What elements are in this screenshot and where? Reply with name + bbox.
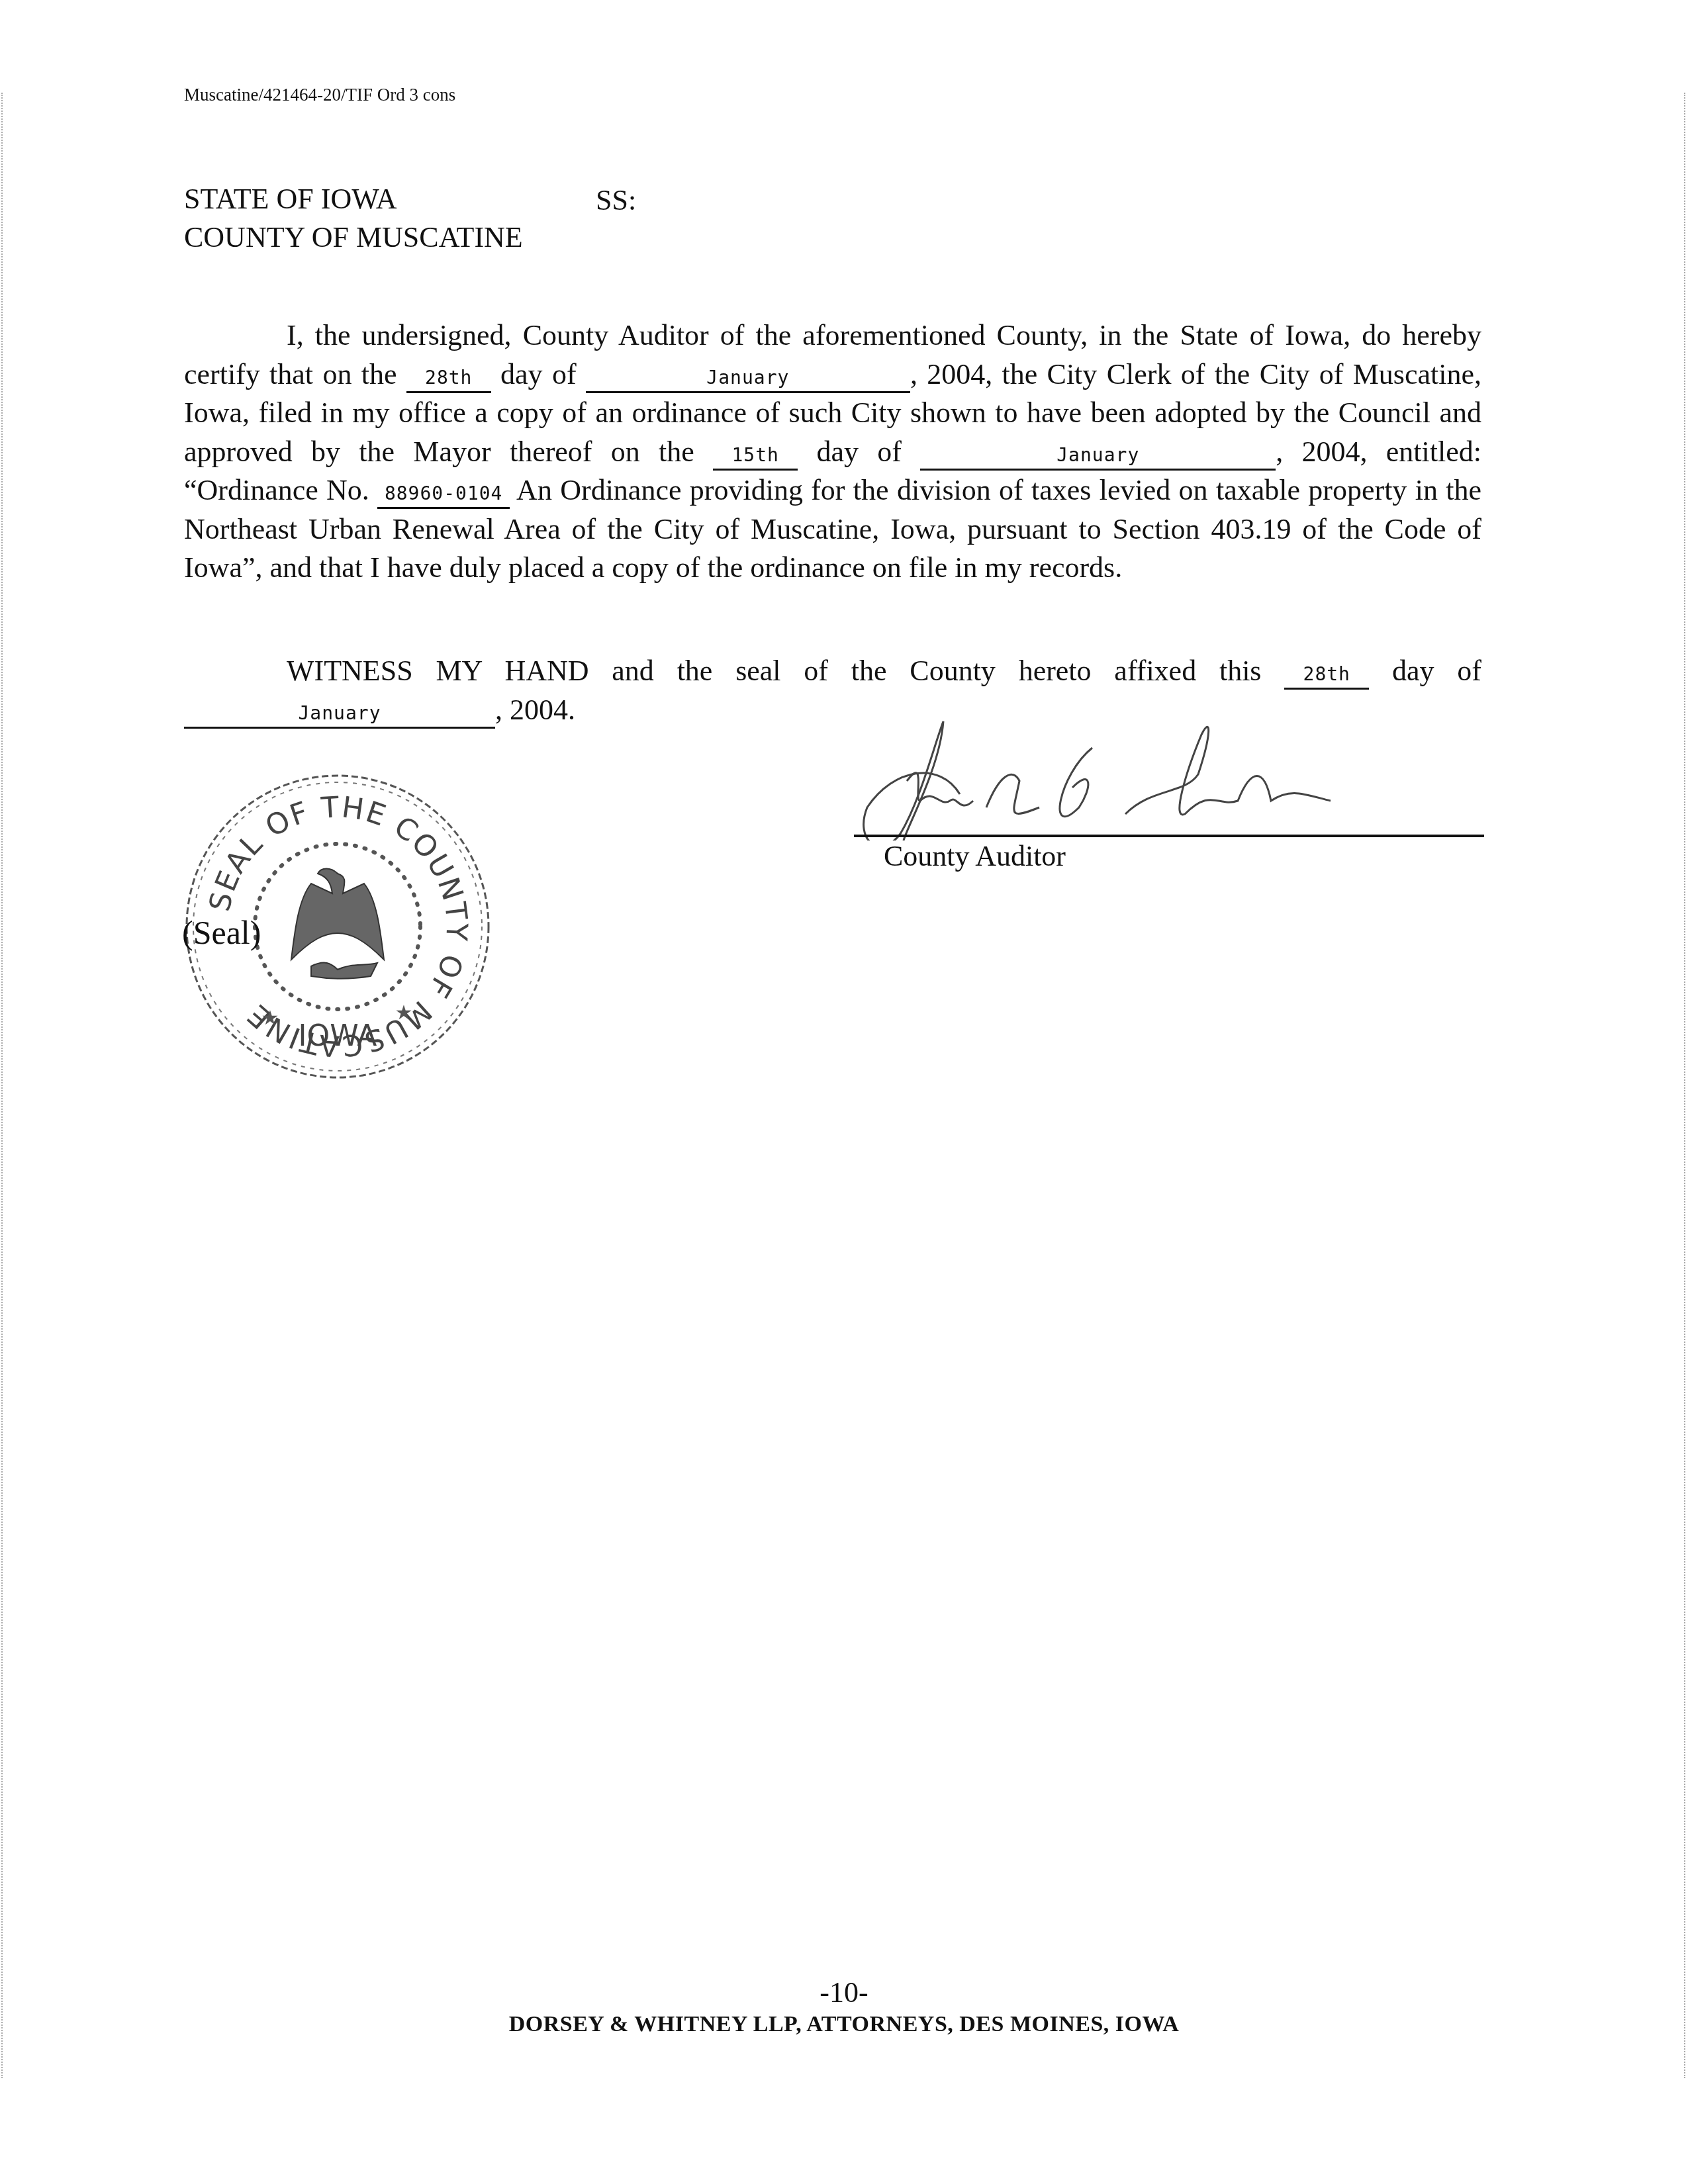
document-reference: Muscatine/421464-20/TIF Ord 3 cons — [184, 85, 455, 105]
venue-county: COUNTY OF MUSCATINE — [184, 218, 523, 257]
scan-edge-right — [1684, 93, 1687, 2078]
adopted-day-field: 15th — [713, 442, 798, 471]
venue-state: STATE OF IOWA — [184, 180, 397, 218]
witness-month-field: January — [184, 700, 495, 729]
svg-text:IOWA: IOWA — [299, 1019, 377, 1053]
page-number: -10- — [0, 1976, 1688, 2009]
signature-scribble-icon — [841, 708, 1489, 841]
ordinance-number-field: 88960-0104 — [377, 480, 510, 509]
witness-day-field: 28th — [1284, 661, 1369, 690]
certificate-paragraph: I, the undersigned, County Auditor of th… — [184, 316, 1481, 588]
scan-edge-left — [1, 93, 4, 2078]
filed-month-field: January — [586, 365, 910, 393]
svg-text:★: ★ — [395, 1002, 413, 1024]
signature-line — [854, 835, 1484, 837]
seal-label: (Seal) — [182, 913, 261, 952]
svg-text:★: ★ — [261, 1007, 279, 1029]
filed-day-field: 28th — [406, 365, 491, 393]
firm-footer: DORSEY & WHITNEY LLP, ATTORNEYS, DES MOI… — [0, 2012, 1688, 2037]
adopted-month-field: January — [920, 442, 1276, 471]
venue-ss: SS: — [596, 183, 636, 217]
signature-title: County Auditor — [884, 839, 1066, 873]
